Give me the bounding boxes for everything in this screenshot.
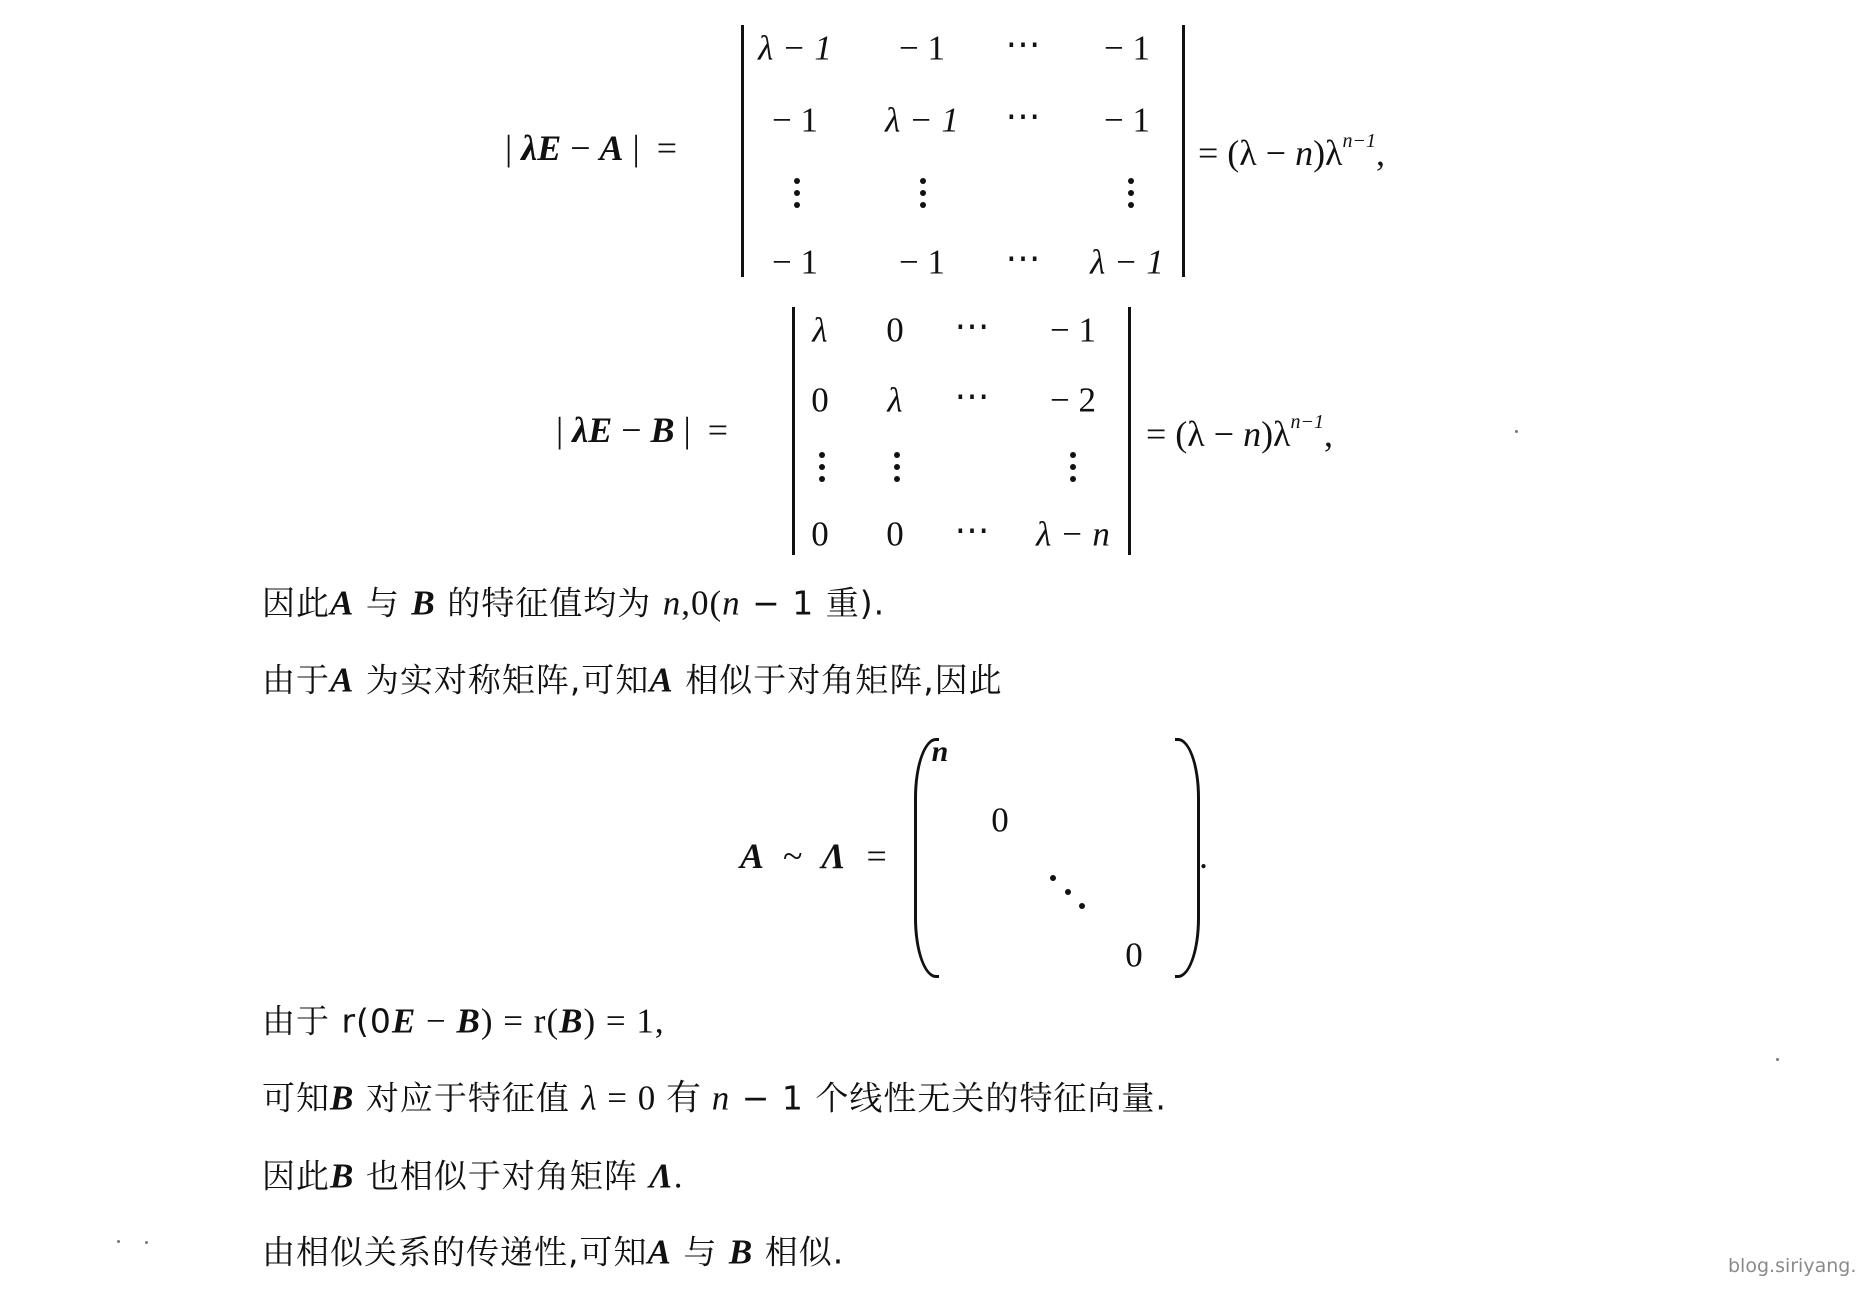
matrix-E: E [537,128,561,168]
det-left-bar [741,25,744,277]
minus-sign: − [570,128,590,168]
paragraph-rank: 由于 r(0E − B) = r(B) = 1, [262,1004,665,1039]
det-a-label: | λE − A | = [505,130,677,166]
matrix-cell: − 1 [1104,103,1150,138]
matrix-cell: 0 [811,517,829,552]
matrix-cell: 0 [1125,938,1143,973]
matrix-cell: ⋯ [1006,27,1041,62]
equals-sign: = [657,128,677,168]
equals-sign: = [708,410,728,450]
det-right-bar [1182,25,1185,277]
scan-speck [117,1240,120,1243]
watermark: blog.siriyang.cn [1728,1255,1856,1277]
left-paren [914,738,939,978]
matrix-cell: − 1 [1050,313,1096,348]
scan-speck [1776,1058,1779,1061]
det-right-bar [1128,307,1131,555]
right-paren [1175,738,1200,978]
matrix-cell: λ [812,313,827,348]
lambda-symbol: λ [572,410,588,450]
scan-speck [1515,430,1518,433]
matrix-cell: 0 [991,803,1009,838]
matrix-cell: − 1 [1104,31,1150,66]
scan-speck [145,1241,148,1244]
paragraph-conclusion: 由相似关系的传递性,可知A 与 B 相似. [262,1235,844,1270]
matrix-cell: 0 [886,313,904,348]
paragraph-eigenvalues: 因此A 与 B 的特征值均为 n,0(n − 1 重). [262,586,885,621]
abs-bar-open: | [556,410,563,450]
matrix-cell: − 1 [899,245,945,280]
matrix-cell: λ − 1 [1090,245,1164,280]
det-b-result: = (λ − n)λn−1, [1146,412,1333,452]
matrix-A: A [600,128,624,168]
vdots-icon [894,452,900,488]
diag-lhs: A ~ Λ = [740,838,887,874]
matrix-cell: λ − n [1036,517,1110,552]
abs-bar-close: | [633,128,640,168]
vdots-icon [794,178,800,214]
matrix-E: E [588,410,612,450]
matrix-cell: n [932,737,949,767]
det-left-bar [792,307,795,555]
abs-bar-close: | [684,410,691,450]
paragraph-symmetric: 由于A 为实对称矩阵,可知A 相似于对角矩阵,因此 [262,663,1003,698]
lambda-symbol: λ [521,128,537,168]
matrix-cell: 0 [811,383,829,418]
matrix-cell: λ [887,383,902,418]
matrix-cell: ⋯ [955,309,990,344]
minus-sign: − [621,410,641,450]
matrix-cell: ⋯ [1006,99,1041,134]
det-a-result: = (λ − n)λn−1, [1198,131,1385,171]
matrix-B: B [651,410,675,450]
vdots-icon [819,452,825,488]
matrix-cell: 0 [886,517,904,552]
vdots-icon [1128,178,1134,214]
matrix-cell: λ − 1 [758,31,832,66]
matrix-cell: − 2 [1050,383,1096,418]
matrix-cell: ⋯ [955,513,990,548]
matrix-cell: λ − 1 [885,103,959,138]
abs-bar-open: | [505,128,512,168]
matrix-cell: ⋯ [1006,241,1041,276]
matrix-cell: − 1 [899,31,945,66]
paragraph-b-diagonalizable: 因此B 也相似于对角矩阵 Λ. [262,1159,683,1194]
vdots-icon [920,178,926,214]
det-b-label: | λE − B | = [556,412,728,448]
matrix-cell: − 1 [772,245,818,280]
vdots-icon [1070,452,1076,488]
paragraph-eigenvectors: 可知B 对应于特征值 λ = 0 有 n − 1 个线性无关的特征向量. [262,1081,1167,1116]
matrix-cell: − 1 [772,103,818,138]
matrix-cell: ⋯ [955,379,990,414]
period: . [1199,838,1208,874]
